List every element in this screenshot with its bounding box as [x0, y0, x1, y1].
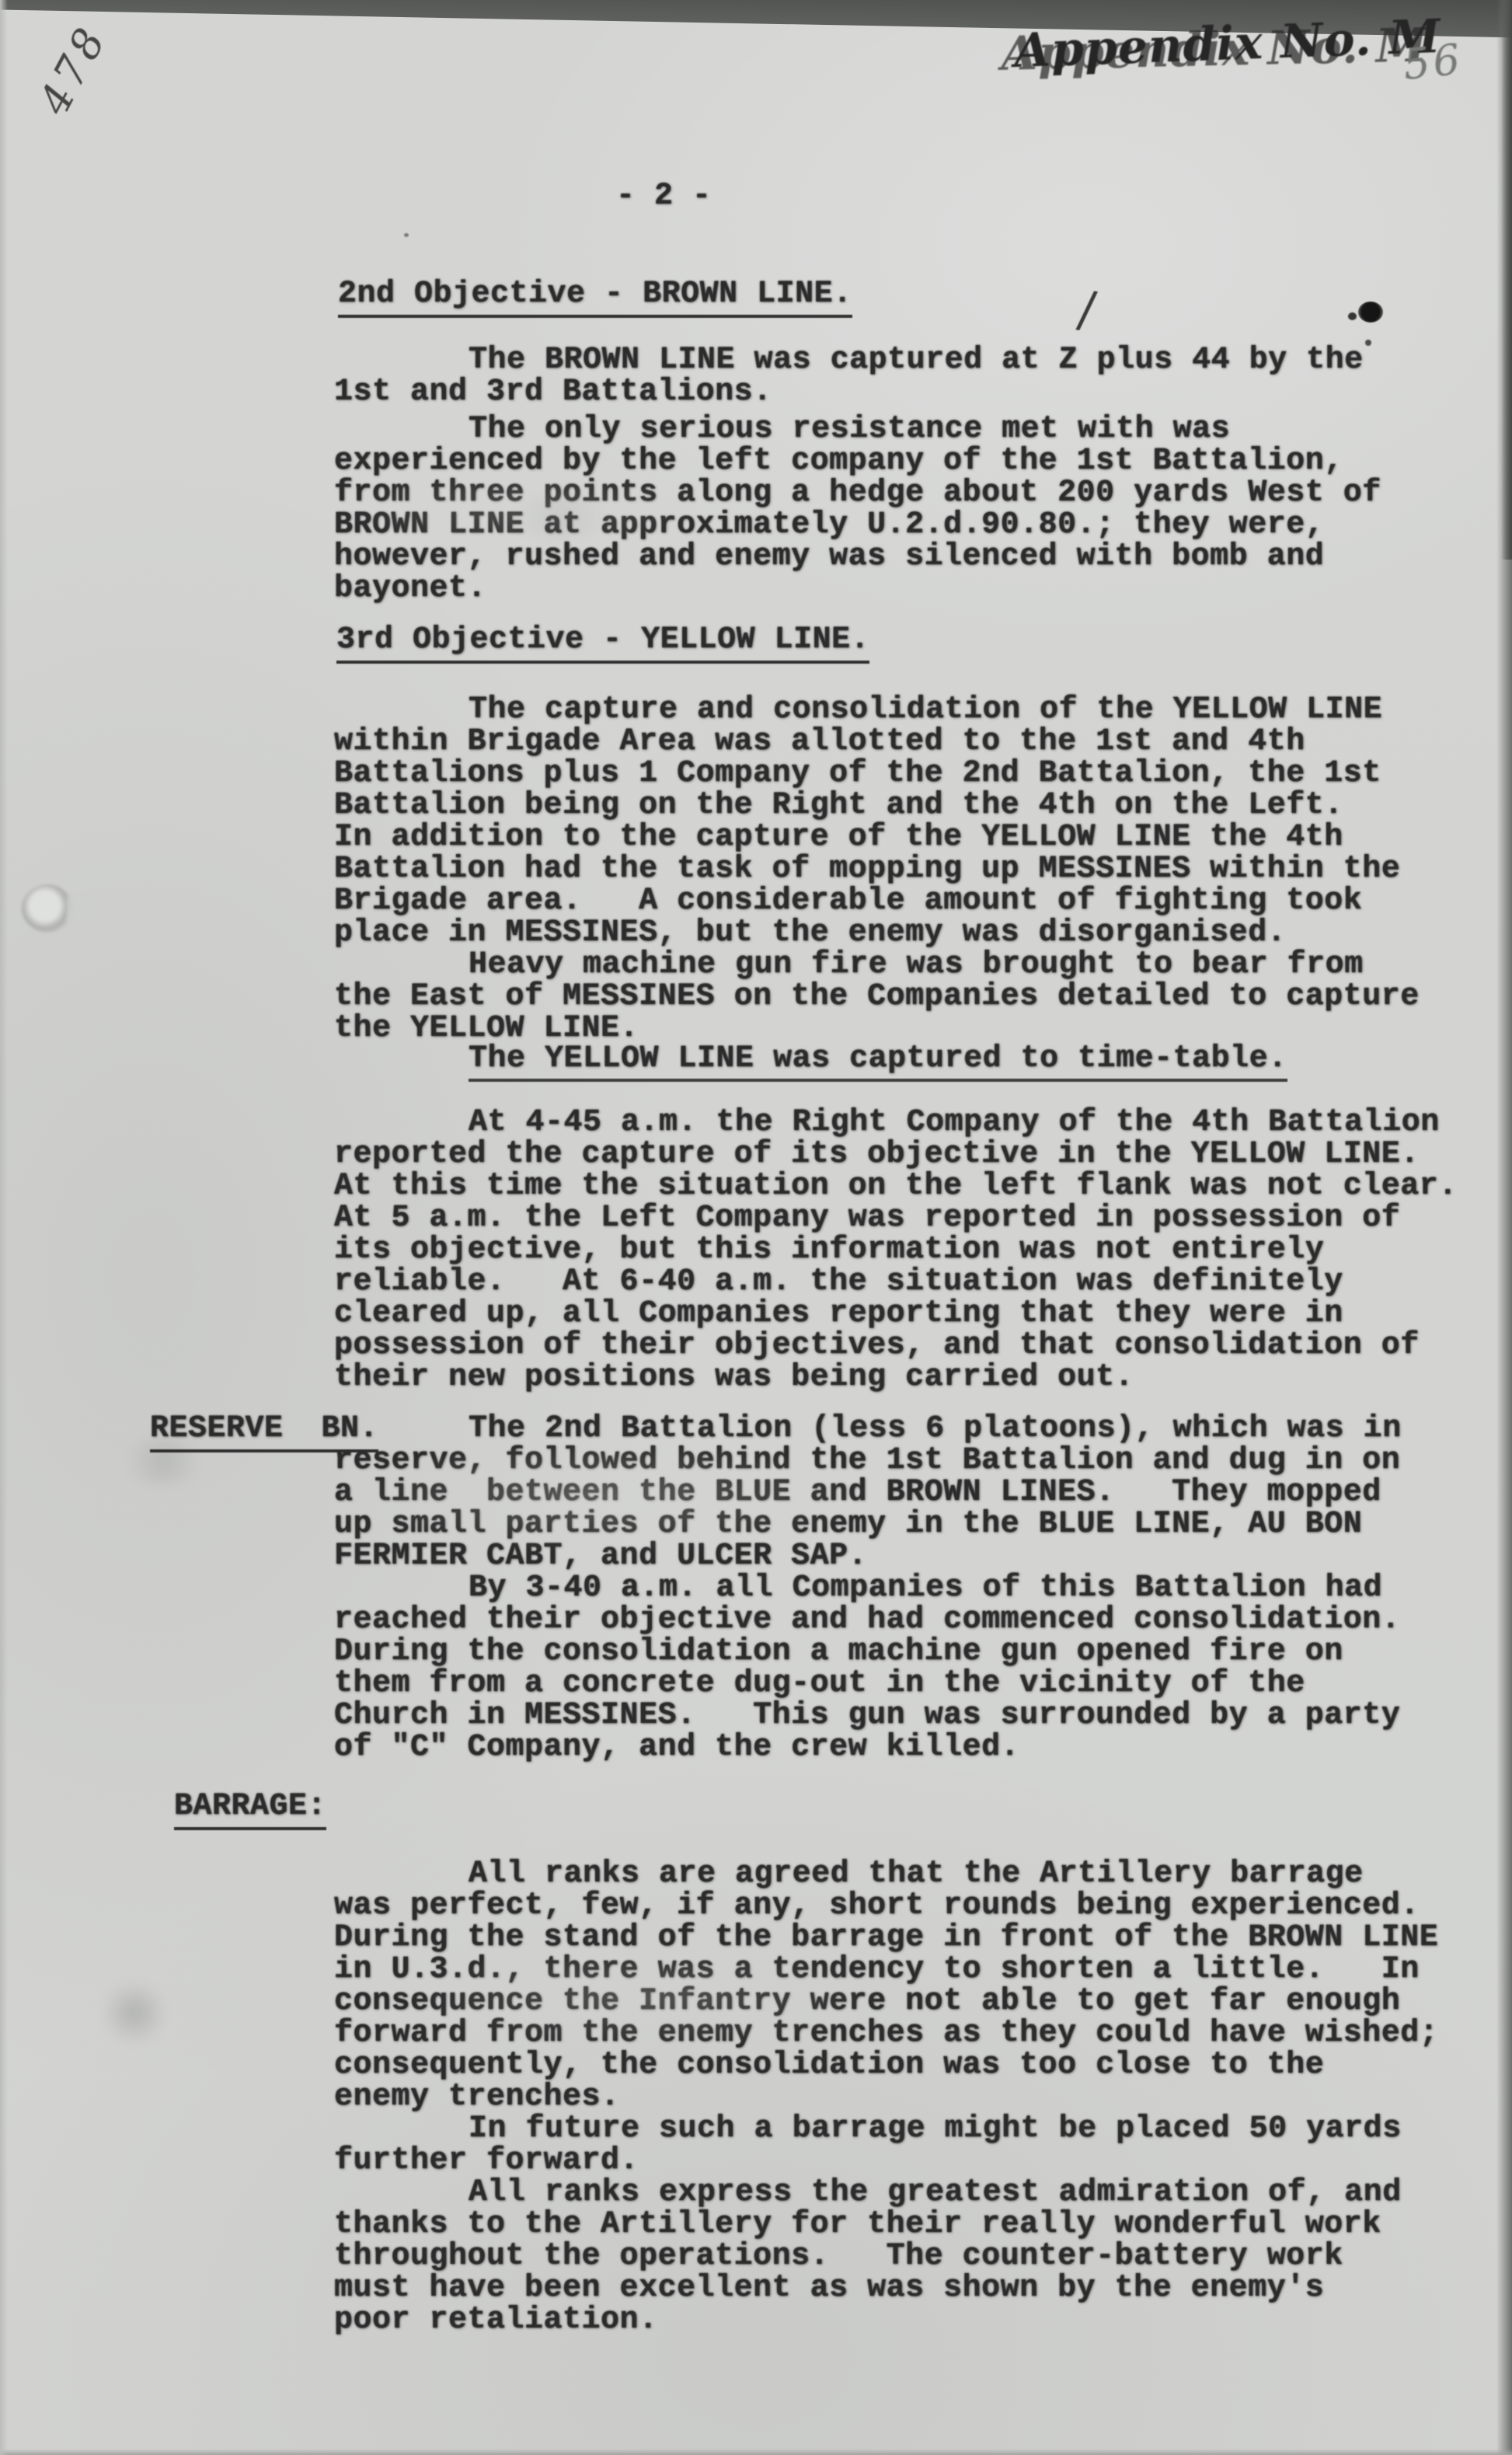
text-line: consequence the Infantry were not able t…	[334, 1986, 1400, 2017]
section-heading-objective3: 3rd Objective - YELLOW LINE.	[336, 624, 869, 664]
text-line: a line between the BLUE and BROWN LINES.…	[334, 1477, 1381, 1508]
text-line: further forward.	[334, 2145, 639, 2177]
text-line: FERMIER CABT, and ULCER SAP.	[334, 1540, 867, 1572]
page-number: - 2 -	[616, 179, 712, 214]
text-line: forward from the enemy trenches as they …	[334, 2017, 1438, 2049]
text-line: At 4-45 a.m. the Right Company of the 4t…	[469, 1107, 1440, 1139]
text-line: of "C" Company, and the crew killed.	[334, 1731, 1019, 1763]
text-line: reached their objective and had commence…	[334, 1604, 1400, 1636]
text-line: their new positions was being carried ou…	[334, 1362, 1134, 1393]
text-line: up small parties of the enemy in the BLU…	[334, 1508, 1362, 1540]
section-heading-objective2: 2nd Objective - BROWN LINE.	[338, 278, 852, 318]
text-line: By 3-40 a.m. all Companies of this Batta…	[469, 1572, 1382, 1604]
text-line: must have been excellent as was shown by…	[334, 2272, 1324, 2304]
text-line: During the stand of the barrage in front…	[334, 1922, 1438, 1954]
text-line: Brigade area. A considerable amount of f…	[334, 885, 1362, 917]
text-line: In addition to the capture of the YELLOW…	[334, 821, 1343, 853]
text-line: enemy trenches.	[334, 2081, 620, 2113]
text-line: During the consolidation a machine gun o…	[334, 1636, 1343, 1668]
text-line: In future such a barrage might be placed…	[469, 2113, 1402, 2145]
text-line: was perfect, few, if any, short rounds b…	[334, 1890, 1420, 1922]
text-line: reserve, followed behind the 1st Battali…	[334, 1445, 1400, 1477]
text-line: BROWN LINE at approximately U.2.d.90.80.…	[334, 509, 1324, 541]
text-line: experienced by the left company of the 1…	[334, 445, 1343, 477]
text-line: poor retaliation.	[334, 2304, 658, 2336]
text-line: consequently, the consolidation was too …	[334, 2049, 1324, 2081]
text-line: The only serious resistance met with was	[469, 413, 1230, 445]
text-line: The 2nd Battalion (less 6 platoons), whi…	[469, 1413, 1402, 1445]
text-line: possession of their objectives, and that…	[334, 1330, 1420, 1362]
text-line: its objective, but this information was …	[334, 1234, 1324, 1266]
text-line: thanks to the Artillery for their really…	[334, 2209, 1381, 2241]
text-line: throughout the operations. The counter-b…	[334, 2241, 1343, 2272]
text-line: All ranks are agreed that the Artillery …	[469, 1858, 1364, 1890]
text-line: the YELLOW LINE.	[334, 1013, 639, 1044]
text-line: within Brigade Area was allotted to the …	[334, 726, 1305, 758]
text-line: Church in MESSINES. This gun was surroun…	[334, 1700, 1400, 1731]
text-line: from three points along a hedge about 20…	[334, 477, 1381, 509]
text-line: in U.3.d., there was a tendency to short…	[334, 1954, 1420, 1986]
text-line: All ranks express the greatest admiratio…	[469, 2177, 1402, 2209]
text-line: The YELLOW LINE was captured to time-tab…	[469, 1043, 1287, 1082]
text-line: reliable. At 6-40 a.m. the situation was…	[334, 1266, 1343, 1298]
text-line: them from a concrete dug-out in the vici…	[334, 1668, 1305, 1700]
text-line: At 5 a.m. the Left Company was reported …	[334, 1202, 1400, 1234]
text-line: 1st and 3rd Battalions.	[334, 376, 772, 408]
text-line: The BROWN LINE was captured at Z plus 44…	[469, 344, 1364, 376]
text-line: Heavy machine gun fire was brought to be…	[469, 949, 1364, 981]
text-line: cleared up, all Companies reporting that…	[334, 1298, 1343, 1330]
text-line: reported the capture of its objective in…	[334, 1139, 1420, 1170]
text-line: At this time the situation on the left f…	[334, 1170, 1458, 1202]
text-line: however, rushed and enemy was silenced w…	[334, 541, 1324, 573]
text-line: Battalion being on the Right and the 4th…	[334, 790, 1343, 821]
text-line: bayonet.	[334, 573, 486, 605]
typewritten-text-block: - 2 - 2nd Objective - BROWN LINE.The BRO…	[0, 0, 1512, 2455]
section-heading-barrage: BARRAGE:	[174, 1791, 326, 1830]
text-line: place in MESSINES, but the enemy was dis…	[334, 917, 1286, 949]
text-line: the East of MESSINES on the Companies de…	[334, 981, 1420, 1013]
scanned-document-page: / 478 Appendix No. M Appendix No. M 56 -…	[0, 0, 1512, 2455]
text-line: Battalions plus 1 Company of the 2nd Bat…	[334, 758, 1381, 790]
text-line: Battalion had the task of mopping up MES…	[334, 853, 1400, 885]
text-line: The capture and consolidation of the YEL…	[469, 694, 1382, 726]
